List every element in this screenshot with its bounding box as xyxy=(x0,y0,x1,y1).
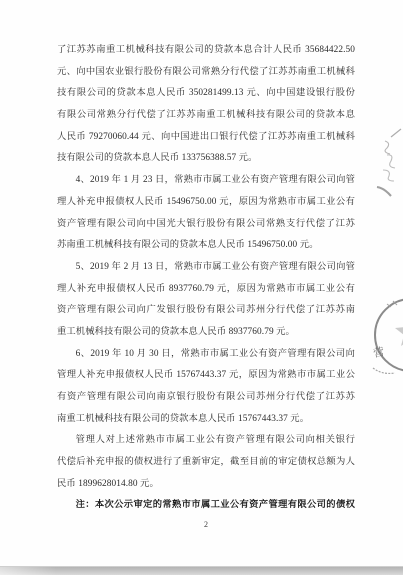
text-line: 南重工机械科技有限公司的贷款本息人民币 15767443.37 元。 xyxy=(57,409,355,431)
page-background: 了江苏苏南重工机械科技有限公司的贷款本息合计人民币 35684422.50元、向… xyxy=(0,0,403,575)
seal-star-icon xyxy=(395,317,403,346)
text-line: 人民币 79270060.44 元、向中国进出口银行代偿了江苏苏南重工机械科 xyxy=(57,127,355,149)
paragraph: 6、2019 年 10 月 30 日，常熟市市属工业公有资产管理有限公司向管理人… xyxy=(57,344,355,431)
document-body: 了江苏苏南重工机械科技有限公司的贷款本息合计人民币 35684422.50元、向… xyxy=(57,40,355,517)
text-line: 管理人补充申报债权人民币 15767443.37 元，原因为常熟市市属工业公 xyxy=(57,365,355,387)
handwritten-annotation xyxy=(357,127,403,207)
paragraph: 了江苏苏南重工机械科技有限公司的贷款本息合计人民币 35684422.50元、向… xyxy=(57,40,355,170)
text-line: 民币 1899628014.80 元。 xyxy=(57,474,355,496)
text-line: 资产管理有限公司向广发银行股份有限公司苏州分行代偿了江苏苏南 xyxy=(57,300,355,322)
text-line: 代偿后补充申报的债权进行了重新审定，截至目前的审定债权总额为人 xyxy=(57,452,355,474)
paragraph: 5、2019 年 2 月 13 日，常熟市市属工业公有资产管理有限公司向管理人补… xyxy=(57,257,355,344)
text-line: 理人补充申报债权人民币 8937760.79 元，原因为常熟市市属工业公有 xyxy=(57,279,355,301)
seal-character: 营 xyxy=(372,344,386,360)
text-line: 技有限公司的贷款本息人民币 350281499.13 元、向中国建设银行股份 xyxy=(57,83,355,105)
text-line: 4、2019 年 1 月 23 日，常熟市市属工业公有资产管理有限公司向管 xyxy=(57,170,355,192)
text-line: 有限公司常熟分行代偿了江苏苏南重工机械科技有限公司的贷款本息 xyxy=(57,105,355,127)
page-number: 2 xyxy=(57,519,355,531)
text-line: 了江苏苏南重工机械科技有限公司的贷款本息合计人民币 35684422.50 xyxy=(57,40,355,62)
paragraph: 管理人对上述常熟市市属工业公有资产管理有限公司向相关银行代偿后补充申报的债权进行… xyxy=(57,430,355,495)
scanned-document-page: { "document": { "page_number": "2", "par… xyxy=(0,0,403,575)
official-seal-partial: 营 xyxy=(369,296,403,378)
paragraph: 4、2019 年 1 月 23 日，常熟市市属工业公有资产管理有限公司向管理人补… xyxy=(57,170,355,257)
text-line: 苏南重工机械科技有限公司的贷款本息人民币 15496750.00 元。 xyxy=(57,235,355,257)
text-line: 理人补充申报债权人民币 15496750.00 元，原因为常熟市市属工业公有 xyxy=(57,192,355,214)
scan-bottom-edge xyxy=(0,566,403,575)
text-line: 管理人对上述常熟市市属工业公有资产管理有限公司向相关银行 xyxy=(57,430,355,452)
text-line: 6、2019 年 10 月 30 日，常熟市市属工业公有资产管理有限公司向 xyxy=(57,344,355,366)
text-line: 有资产管理有限公司向南京银行股份有限公司苏州分行代偿了江苏苏 xyxy=(57,387,355,409)
text-line: 元、向中国农业银行股份有限公司常熟分行代偿了江苏苏南重工机械科 xyxy=(57,62,355,84)
text-line: 重工机械科技有限公司的贷款本息人民币 8937760.79 元。 xyxy=(57,322,355,344)
text-line: 5、2019 年 2 月 13 日，常熟市市属工业公有资产管理有限公司向管 xyxy=(57,257,355,279)
paragraph: 注：本次公示审定的常熟市市属工业公有资产管理有限公司的债权 xyxy=(57,495,355,517)
text-line: 资产管理有限公司向中国光大银行股份有限公司常熟支行代偿了江苏 xyxy=(57,214,355,236)
text-line: 技有限公司的贷款本息人民币 133756388.57 元。 xyxy=(57,148,355,170)
text-line: 注：本次公示审定的常熟市市属工业公有资产管理有限公司的债权 xyxy=(57,495,355,517)
